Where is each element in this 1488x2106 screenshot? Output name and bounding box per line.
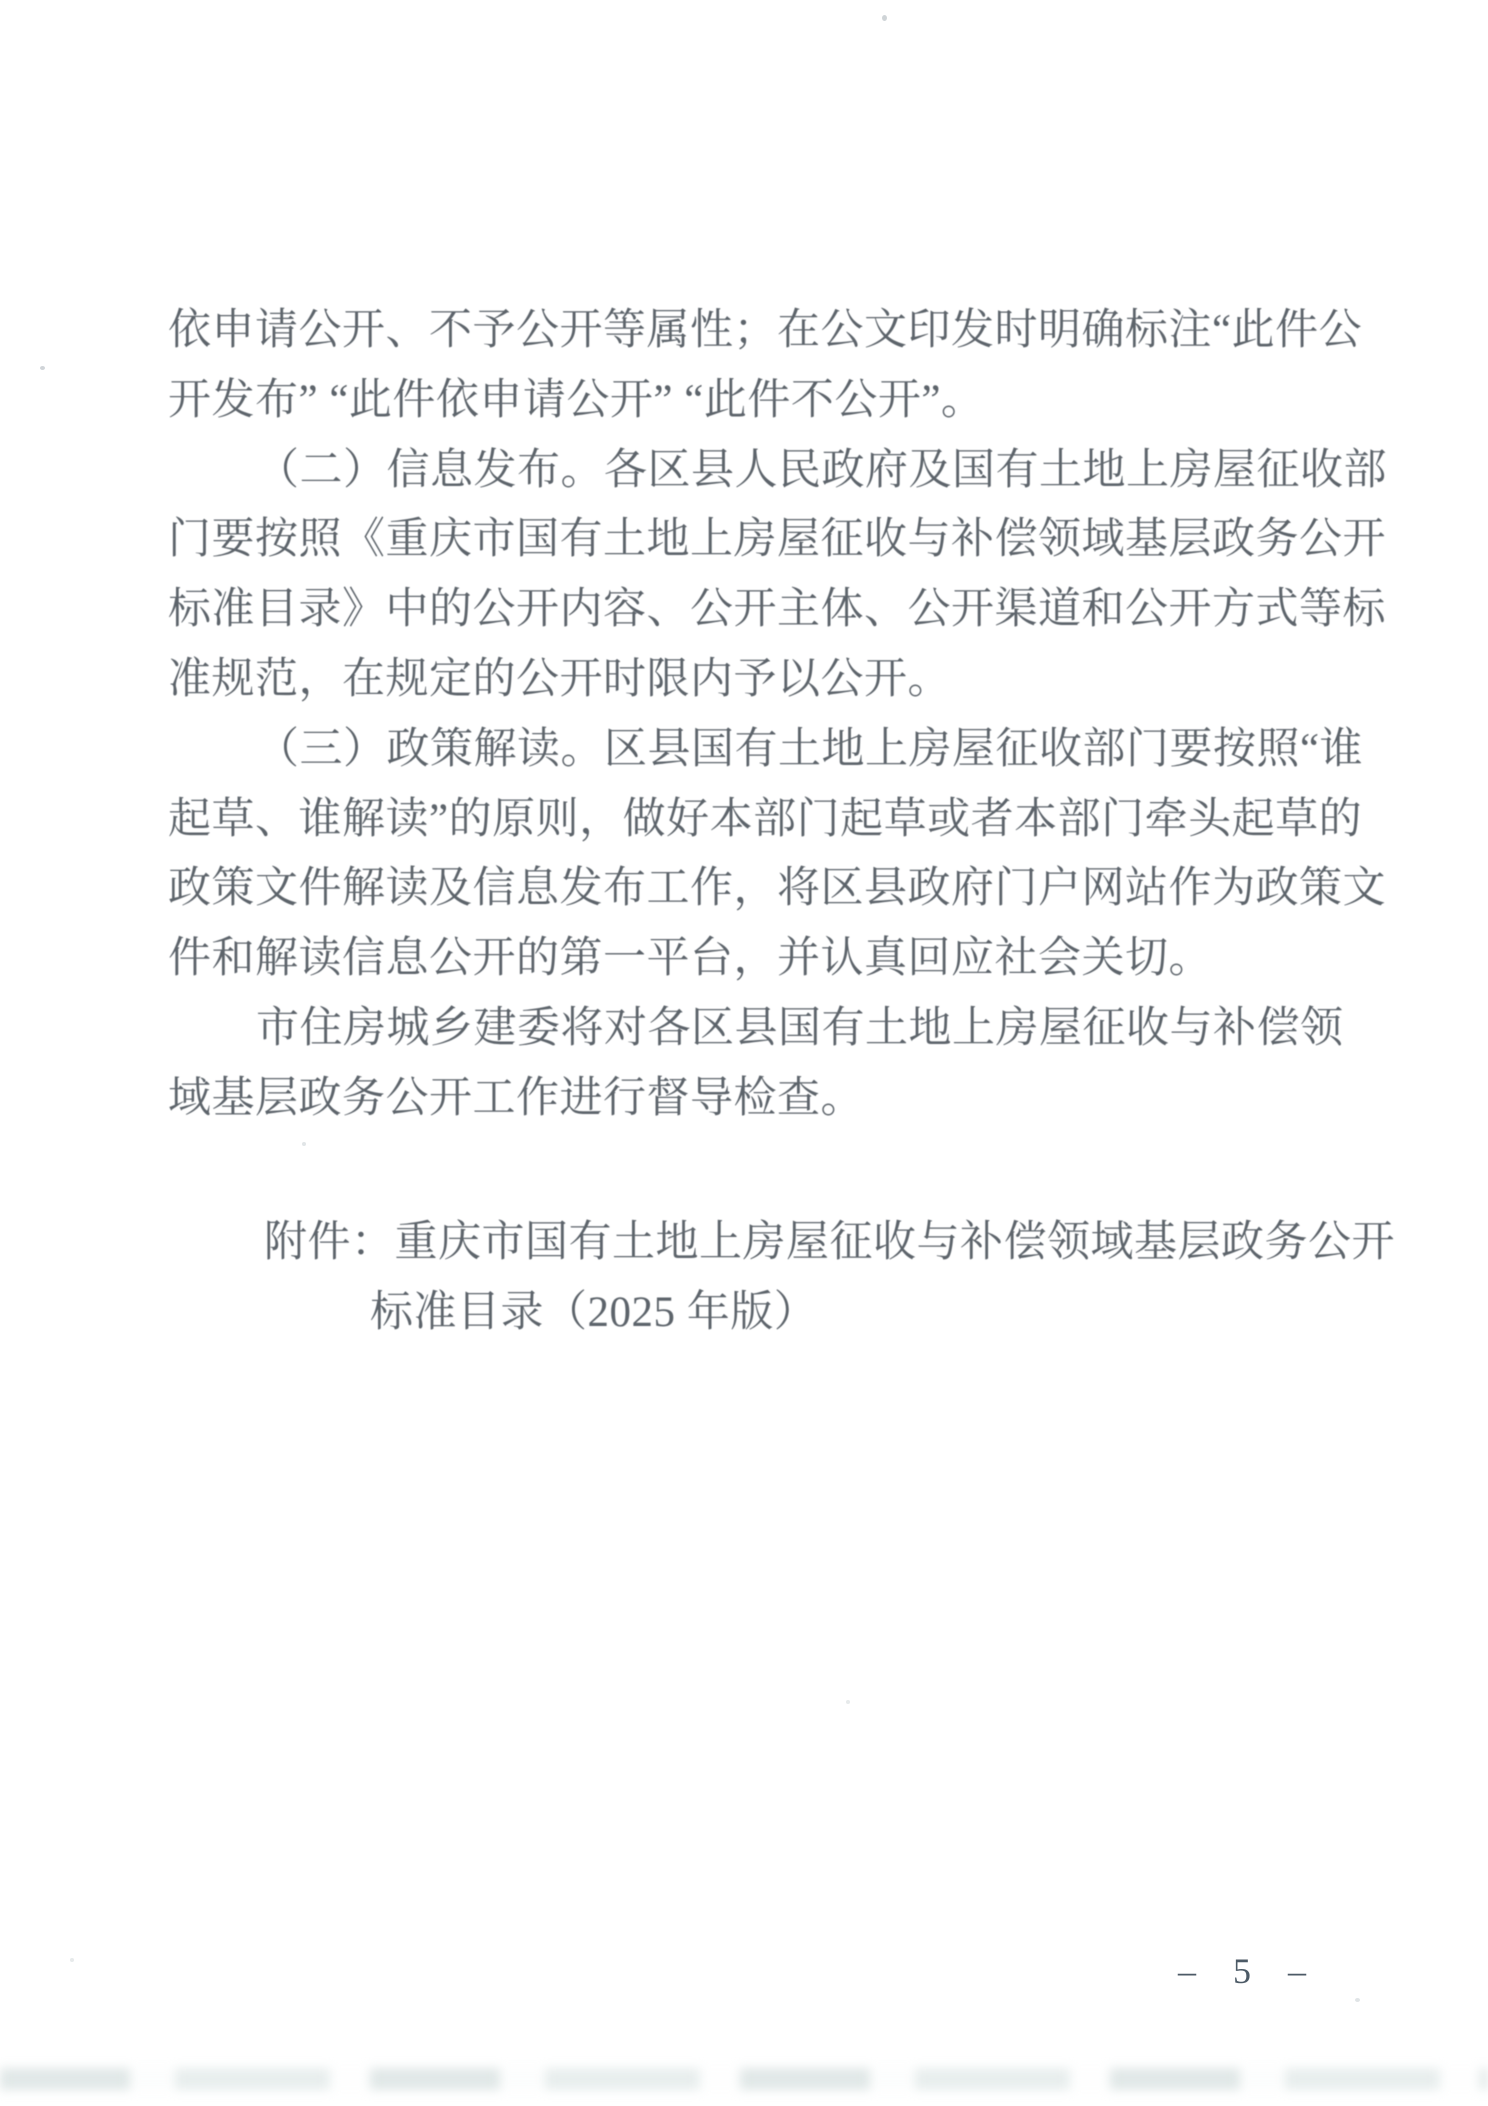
scan-speck	[846, 1700, 850, 1704]
paragraph-start-line: （三）政策解读。区县国有土地上房屋征收部门要按照“谁	[168, 715, 1338, 785]
body-line: 门要按照《重庆市国有土地上房屋征收与补偿领域基层政务公开	[168, 505, 1338, 575]
scanned-document-page: 依申请公开、不予公开等属性；在公文印发时明确标注“此件公 开发布” “此件依申请…	[0, 0, 1488, 2106]
body-line: 政策文件解读及信息发布工作，将区县政府门户网站作为政策文	[168, 854, 1338, 924]
paragraph-start-line: 市住房城乡建委将对各区县国有土地上房屋征收与补偿领	[168, 994, 1338, 1064]
document-body: 依申请公开、不予公开等属性；在公文印发时明确标注“此件公 开发布” “此件依申请…	[168, 296, 1338, 1134]
body-line: 件和解读信息公开的第一平台，并认真回应社会关切。	[168, 924, 1338, 994]
page-number: – 5 –	[1178, 1950, 1320, 1992]
attachment-line: 标准目录（2025 年版）	[168, 1278, 1338, 1348]
body-line: 标准目录》中的公开内容、公开主体、公开渠道和公开方式等标	[168, 575, 1338, 645]
scan-speck	[882, 15, 887, 21]
body-line: 依申请公开、不予公开等属性；在公文印发时明确标注“此件公	[168, 296, 1338, 366]
body-line: 域基层政务公开工作进行督导检查。	[168, 1064, 1338, 1134]
scan-speck	[40, 366, 45, 370]
scan-speck	[70, 1958, 74, 1962]
scan-speck	[302, 1142, 306, 1146]
attachment-reference: 附件：重庆市国有土地上房屋征收与补偿领域基层政务公开 标准目录（2025 年版）	[168, 1208, 1338, 1348]
scan-speck	[1355, 1998, 1360, 2002]
paragraph-start-line: （二）信息发布。各区县人民政府及国有土地上房屋征收部	[168, 436, 1338, 506]
body-line: 准规范，在规定的公开时限内予以公开。	[168, 645, 1338, 715]
attachment-line: 附件：重庆市国有土地上房屋征收与补偿领域基层政务公开	[168, 1208, 1338, 1278]
body-line: 起草、谁解读”的原则，做好本部门起草或者本部门牵头起草的	[168, 785, 1338, 855]
scan-artifact-band	[0, 2068, 1488, 2090]
body-line: 开发布” “此件依申请公开” “此件不公开”。	[168, 366, 1338, 436]
